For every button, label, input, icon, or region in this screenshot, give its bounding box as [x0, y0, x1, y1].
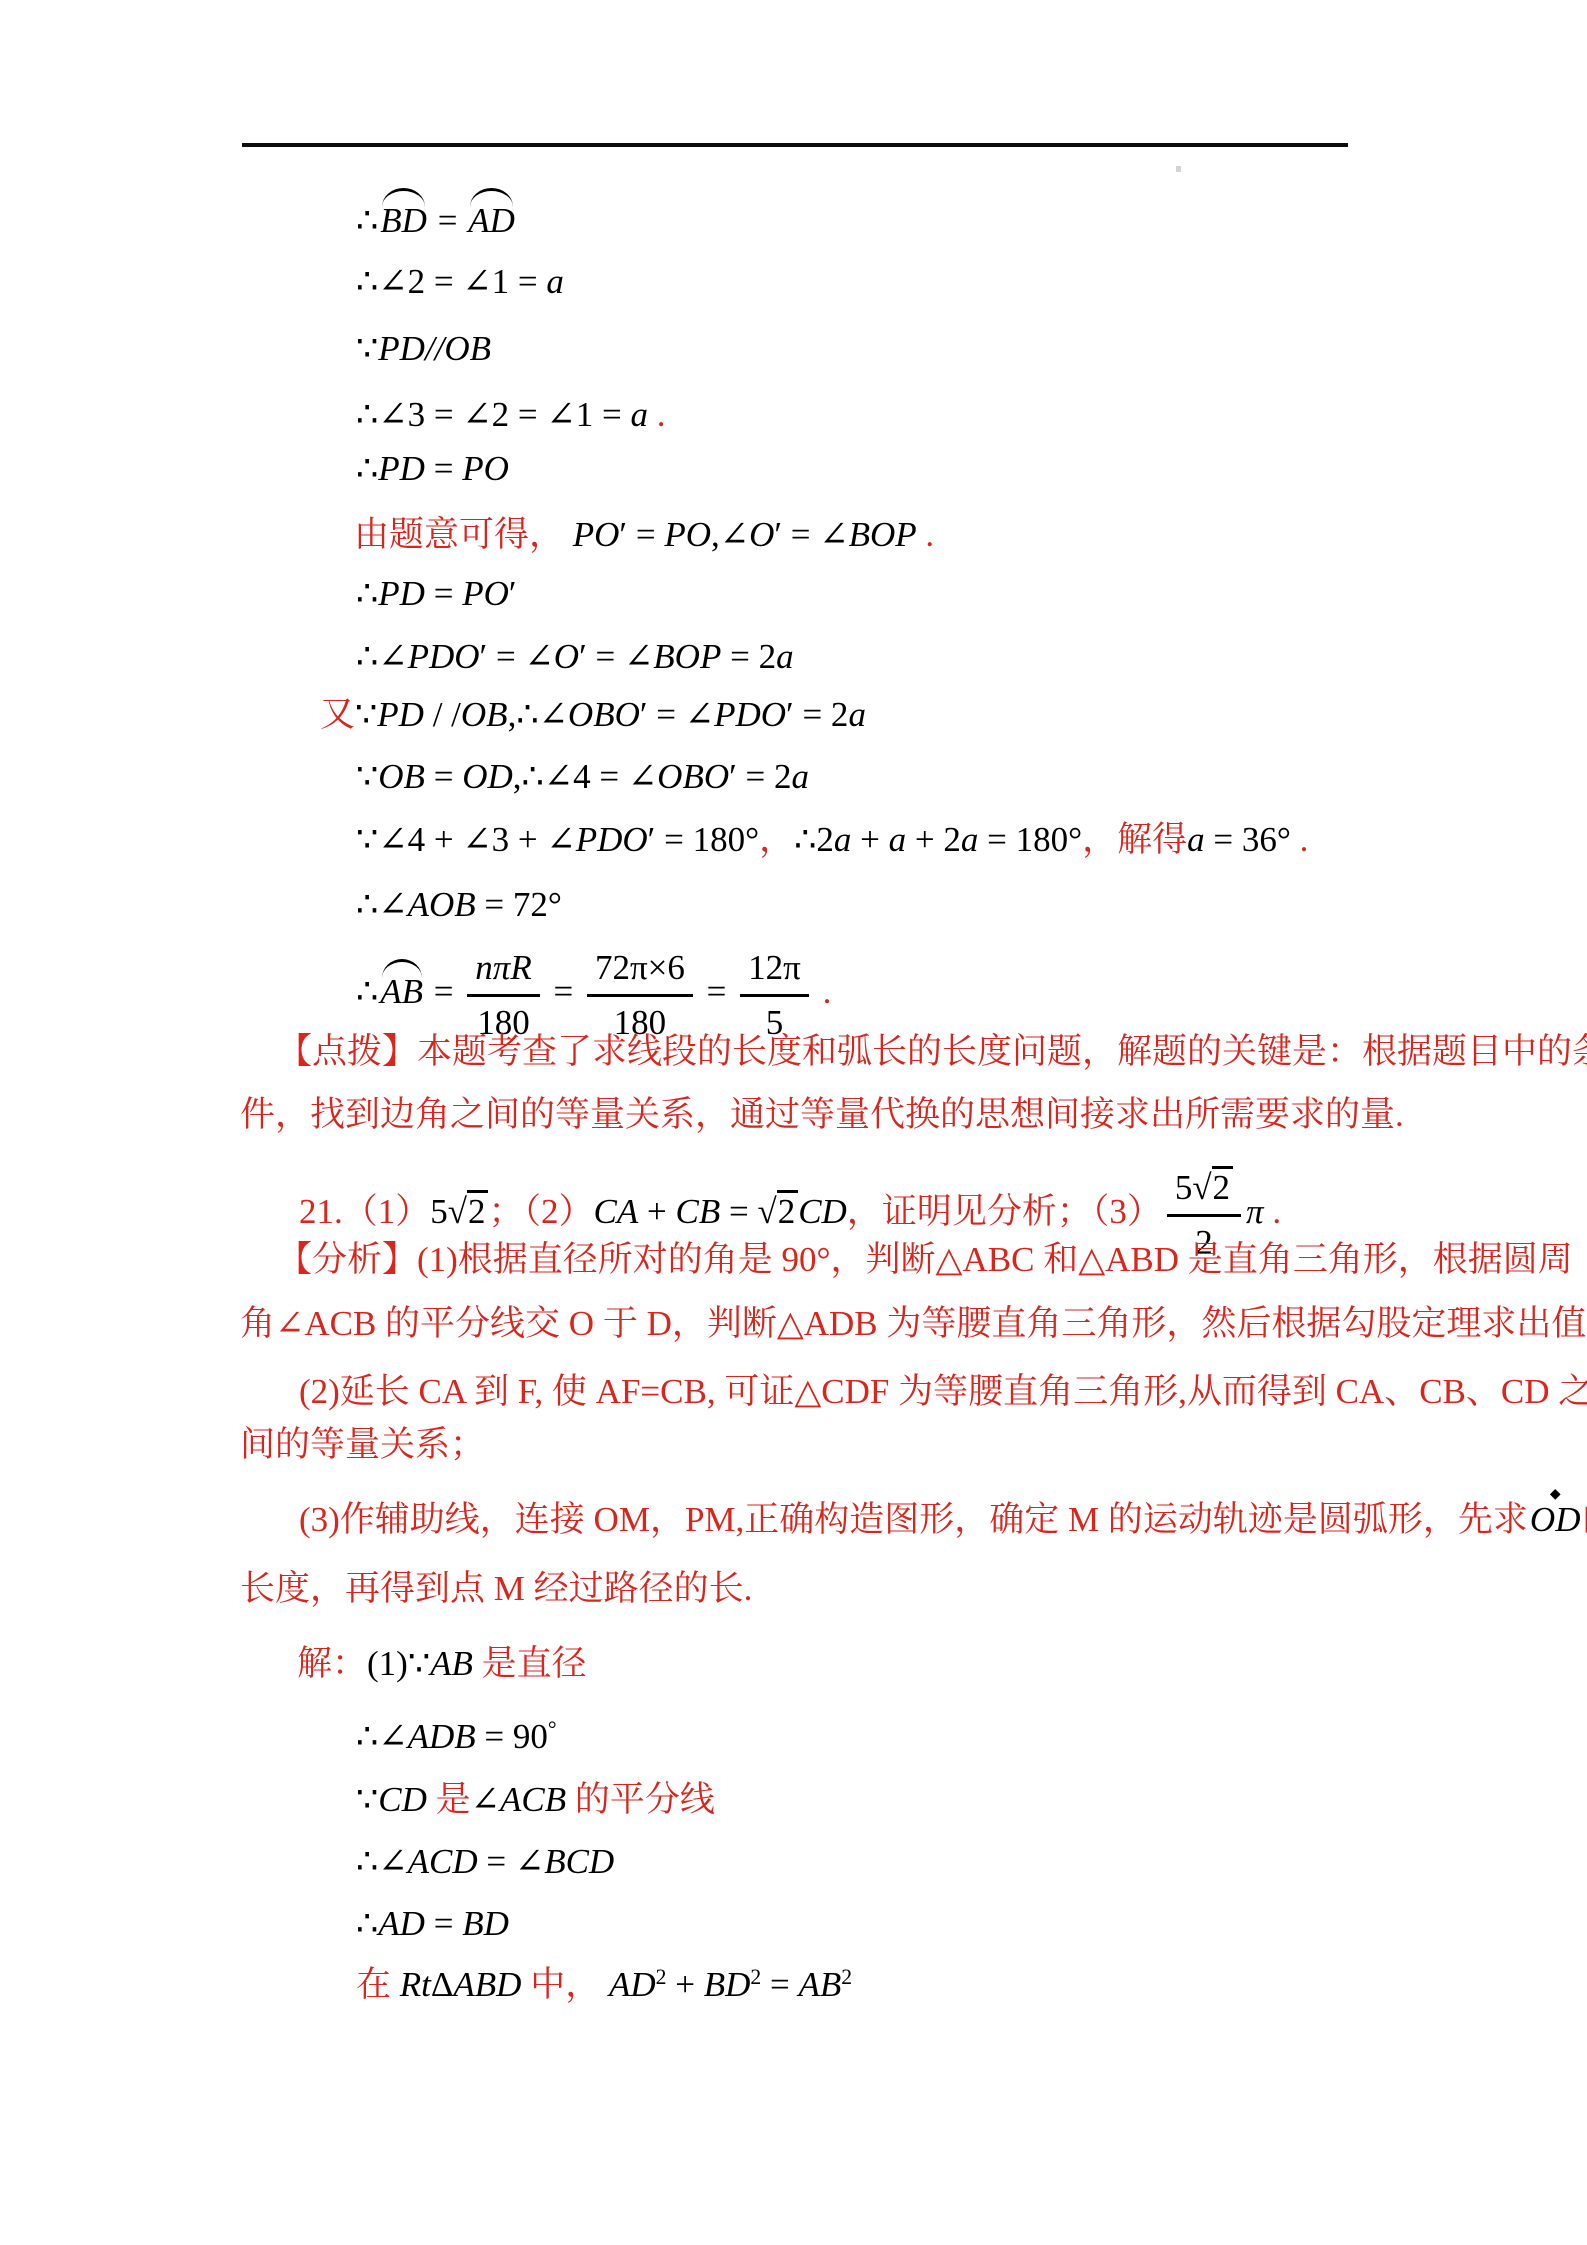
- text-run: +: [666, 1965, 703, 2004]
- text-run: +: [638, 1192, 675, 1231]
- text-run: ∵: [356, 329, 378, 368]
- arc-overline: AD: [466, 198, 517, 244]
- document-line: (3)作辅助线，连接 OM，PM,正确构造图形，确定 M 的运动轨迹是圆弧形，先…: [299, 1497, 1587, 1543]
- text-run: [600, 1965, 609, 2004]
- text-run: OB: [461, 695, 508, 734]
- text-run: ,∴∠4 = ∠: [513, 757, 657, 796]
- text-run: 长度，再得到点 M 经过路径的长.: [240, 1569, 752, 1608]
- text-run: BD: [462, 1904, 509, 1943]
- text-run: .: [648, 395, 666, 434]
- text-run: 2: [778, 1192, 796, 1231]
- text-run: ,∠: [711, 515, 749, 554]
- text-run: PDO: [576, 820, 648, 859]
- text-run: PO: [462, 449, 509, 488]
- text-run: ，: [759, 820, 794, 859]
- document-line: 【点拨】本题考查了求线段的长度和弧长的长度问题，解题的关键是：根据题目中的条: [277, 1029, 1587, 1075]
- radical-sign: √: [1192, 1168, 1211, 1207]
- text-run: 2: [841, 1965, 852, 1989]
- text-run: .: [814, 972, 832, 1011]
- text-run: .: [1291, 820, 1309, 859]
- radicand: 2: [1212, 1166, 1234, 1207]
- text-run: +: [851, 820, 888, 859]
- text-run: =: [545, 972, 582, 1011]
- text-run: 2: [656, 1965, 667, 1989]
- fraction-numerator: nπR: [467, 945, 539, 997]
- text-run: a: [848, 695, 866, 734]
- text-run: ；（2）: [488, 1192, 593, 1231]
- text-run: (2)延长 CA 到 F, 使 AF=CB, 可证△CDF 为等腰直角三角形,从…: [299, 1372, 1587, 1411]
- document-line: ∵OB = OD,∴∠4 = ∠OBO′ = 2a: [356, 754, 809, 800]
- text-run: =: [761, 1965, 798, 2004]
- radical-sign: √: [448, 1192, 467, 1231]
- text-run: 是: [427, 1780, 471, 1819]
- text-run: PD: [377, 695, 424, 734]
- text-run: ∴∠2 = ∠1 =: [356, 262, 546, 301]
- text-run: = ∠: [478, 1842, 545, 1881]
- text-run: ∴∠: [356, 1717, 408, 1756]
- text-run: ABD: [453, 1965, 521, 2004]
- text-run: OBO: [568, 695, 640, 734]
- fraction-numerator: 5√2: [1167, 1165, 1241, 1217]
- text-run: //: [425, 329, 444, 368]
- document-line: 长度，再得到点 M 经过路径的长.: [240, 1566, 752, 1612]
- text-run: a: [834, 820, 852, 859]
- text-run: AD: [378, 1904, 425, 1943]
- text-run: O: [554, 637, 579, 676]
- text-run: 角∠ACB 的平分线交 O 于 D，判断△ADB 为等腰直角三角形，然后根据勾股…: [240, 1304, 1587, 1343]
- text-run: CB: [675, 1192, 720, 1231]
- text-run: PO: [573, 515, 620, 554]
- text-run: .: [917, 515, 935, 554]
- text-run: BOP: [653, 637, 721, 676]
- document-line: ∴∠ADB = 90°: [356, 1714, 557, 1760]
- text-run: CA: [594, 1192, 639, 1231]
- text-run: PO: [462, 574, 509, 613]
- text-run: ，: [1082, 820, 1117, 859]
- text-run: ∴: [356, 972, 378, 1011]
- document-line: ∵PD//OB: [356, 326, 491, 372]
- text-run: ∴: [356, 574, 378, 613]
- text-run: AD: [609, 1965, 656, 2004]
- text-run: ∵: [356, 757, 378, 796]
- text-run: OBO: [657, 757, 729, 796]
- text-run: ′ = ∠: [774, 515, 848, 554]
- text-run: =: [425, 574, 462, 613]
- text-run: ∵∠4 + ∠3 + ∠: [356, 820, 576, 859]
- text-run: PDO: [408, 637, 480, 676]
- header-rule: [242, 143, 1348, 147]
- text-run: ,∴∠: [508, 695, 568, 734]
- text-run: a: [792, 757, 810, 796]
- text-run: O: [749, 515, 774, 554]
- document-line: ∴∠ACD = ∠BCD: [356, 1839, 614, 1885]
- text-run: nπR: [475, 948, 531, 987]
- text-run: = 36°: [1205, 820, 1291, 859]
- text-run: 2: [468, 1192, 486, 1231]
- text-run: =: [425, 757, 462, 796]
- text-run: ∵: [356, 1780, 378, 1819]
- text-run: BD: [380, 201, 427, 240]
- text-run: ACD: [408, 1842, 478, 1881]
- text-run: ′ = 2: [729, 757, 791, 796]
- text-run: AB: [798, 1965, 841, 2004]
- document-line: 间的等量关系；: [240, 1422, 485, 1468]
- text-run: 由题意可得，: [354, 515, 564, 554]
- text-run: ，证明见分析；（3）: [847, 1192, 1162, 1231]
- text-run: =: [698, 972, 735, 1011]
- text-run: 的: [1582, 1500, 1587, 1539]
- text-run: Δ: [431, 1965, 454, 2004]
- text-run: a: [961, 820, 979, 859]
- text-run: =: [425, 972, 462, 1011]
- text-run: [564, 515, 573, 554]
- text-run: AD: [468, 201, 515, 240]
- text-run: ′: [509, 574, 517, 613]
- radicand: 2: [777, 1190, 799, 1231]
- text-run: PO: [664, 515, 711, 554]
- text-run: 又: [320, 695, 355, 734]
- document-line: (2)延长 CA 到 F, 使 AF=CB, 可证△CDF 为等腰直角三角形,从…: [299, 1369, 1587, 1415]
- text-run: ′ = ∠: [579, 637, 653, 676]
- text-run: 72π×6: [595, 948, 685, 987]
- text-run: ∴: [356, 201, 378, 240]
- text-run: 2: [1213, 1168, 1231, 1207]
- document-line: ∴∠2 = ∠1 = a: [356, 259, 564, 305]
- text-run: AOB: [408, 885, 476, 924]
- text-run: ∴2: [794, 820, 834, 859]
- document-line: 由题意可得， PO′ = PO,∠O′ = ∠BOP .: [354, 512, 934, 558]
- text-run: 5: [430, 1192, 448, 1231]
- text-run: Rt: [400, 1965, 431, 2004]
- text-run: BD: [704, 1965, 751, 2004]
- text-run: OB: [444, 329, 491, 368]
- document-line: ∴AD = BD: [356, 1901, 509, 1947]
- text-run: (1)∵: [367, 1644, 430, 1683]
- document-line: ∴PD = PO: [356, 446, 509, 492]
- text-run: PDO: [714, 695, 786, 734]
- text-run: .: [1264, 1192, 1282, 1231]
- text-run: ACB: [500, 1780, 566, 1819]
- radicand: 2: [467, 1190, 489, 1231]
- page-artifact-dot: [1176, 166, 1181, 172]
- text-run: a: [776, 637, 794, 676]
- document-line: ∴∠AOB = 72°: [356, 882, 562, 928]
- text-run: °: [548, 1717, 557, 1741]
- text-run: ∠: [471, 1780, 500, 1819]
- text-run: ∴∠3 = ∠2 = ∠1 =: [356, 395, 630, 434]
- text-run: =: [425, 1904, 462, 1943]
- text-run: a: [630, 395, 648, 434]
- text-run: ∴: [356, 449, 378, 488]
- text-run: OB: [378, 757, 425, 796]
- text-run: 中，: [521, 1965, 600, 2004]
- text-run: CD: [798, 1192, 847, 1231]
- text-run: 解得: [1117, 820, 1187, 859]
- text-run: 间的等量关系；: [240, 1425, 485, 1464]
- fraction-numerator: 12π: [740, 945, 809, 997]
- text-run: AB: [430, 1644, 473, 1683]
- text-run: ∴∠: [356, 637, 408, 676]
- text-run: =: [720, 1192, 757, 1231]
- document-line: ∵∠4 + ∠3 + ∠PDO′ = 180°，∴2a + a + 2a = 1…: [356, 817, 1308, 863]
- document-line: 角∠ACB 的平分线交 O 于 D，判断△ADB 为等腰直角三角形，然后根据勾股…: [240, 1301, 1587, 1347]
- document-line: 【分析】(1)根据直径所对的角是 90°，判断△ABC 和△ABD 是直角三角形…: [277, 1237, 1573, 1283]
- text-run: ′ = 2: [786, 695, 848, 734]
- text-run: ′ = ∠: [480, 637, 554, 676]
- text-run: ′ = 180°: [648, 820, 759, 859]
- arc-overline: BD: [378, 198, 429, 244]
- text-run: =: [429, 201, 466, 240]
- text-run: = 90: [476, 1717, 548, 1756]
- text-run: ∴∠: [356, 1842, 408, 1881]
- radical-sign: √: [757, 1192, 776, 1231]
- text-run: PD: [378, 329, 425, 368]
- text-run: 解：: [297, 1644, 367, 1683]
- text-run: ′ = ∠: [640, 695, 714, 734]
- text-run: ′ =: [619, 515, 664, 554]
- text-run: = 180°: [978, 820, 1082, 859]
- document-line: 解：(1)∵AB 是直径: [297, 1641, 587, 1687]
- text-run: CD: [378, 1780, 427, 1819]
- text-run: a: [546, 262, 564, 301]
- text-run: π: [1246, 1192, 1264, 1231]
- document-line: ∴BD = AD: [356, 198, 517, 244]
- text-run: AB: [380, 972, 423, 1011]
- text-run: BCD: [544, 1842, 614, 1881]
- text-run: ∵: [355, 695, 377, 734]
- text-run: / /: [424, 695, 461, 734]
- text-run: ∴∠: [356, 885, 408, 924]
- text-run: 2: [750, 1965, 761, 1989]
- text-run: a: [1187, 820, 1205, 859]
- radical: √2: [757, 1192, 798, 1231]
- text-run: OD: [1530, 1500, 1581, 1539]
- text-run: (3)作辅助线，连接 OM，PM,正确构造图形，确定 M 的运动轨迹是圆弧形，先…: [299, 1500, 1528, 1539]
- document-line: ∴PD = PO′: [356, 571, 517, 617]
- radical: √2: [448, 1192, 489, 1231]
- text-run: = 2: [721, 637, 776, 676]
- document-line: 又∵PD / /OB,∴∠OBO′ = ∠PDO′ = 2a: [320, 692, 866, 738]
- text-run: 21.（1）: [299, 1192, 430, 1231]
- document-line: 在 RtΔABD 中， AD2 + BD2 = AB2: [356, 1962, 852, 2008]
- text-run: OD: [462, 757, 513, 796]
- text-run: BOP: [849, 515, 917, 554]
- text-run: a: [889, 820, 907, 859]
- text-run: 5: [1175, 1168, 1193, 1207]
- fraction-numerator: 72π×6: [587, 945, 693, 997]
- document-line: 件，找到边角之间的等量关系，通过等量代换的思想间接求出所需要求的量.: [240, 1092, 1404, 1138]
- radical: √2: [1192, 1168, 1233, 1207]
- document-line: ∴∠PDO′ = ∠O′ = ∠BOP = 2a: [356, 634, 794, 680]
- text-run: 的平分线: [566, 1780, 715, 1819]
- document-page: ∴BD = AD∴∠2 = ∠1 = a∵PD//OB∴∠3 = ∠2 = ∠1…: [0, 0, 1587, 2245]
- text-run: 【分析】(1)根据直径所对的角是 90°，判断△ABC 和△ABD 是直角三角形…: [277, 1240, 1573, 1279]
- text-run: ADB: [408, 1717, 476, 1756]
- arc-diamond-mark: OD: [1528, 1497, 1583, 1543]
- text-run: 件，找到边角之间的等量关系，通过等量代换的思想间接求出所需要求的量.: [240, 1095, 1404, 1134]
- text-run: 是直径: [473, 1644, 587, 1683]
- document-line: ∴∠3 = ∠2 = ∠1 = a .: [356, 392, 665, 438]
- text-run: 在: [356, 1965, 400, 2004]
- text-run: =: [425, 449, 462, 488]
- text-run: = 72°: [476, 885, 562, 924]
- text-run: 【点拨】本题考查了求线段的长度和弧长的长度问题，解题的关键是：根据题目中的条: [277, 1032, 1587, 1071]
- text-run: + 2: [906, 820, 961, 859]
- text-run: ∴: [356, 1904, 378, 1943]
- text-run: PD: [378, 449, 425, 488]
- text-run: 12π: [748, 948, 801, 987]
- document-line: ∵CD 是∠ACB 的平分线: [356, 1777, 715, 1823]
- arc-overline: AB: [378, 969, 425, 1015]
- text-run: PD: [378, 574, 425, 613]
